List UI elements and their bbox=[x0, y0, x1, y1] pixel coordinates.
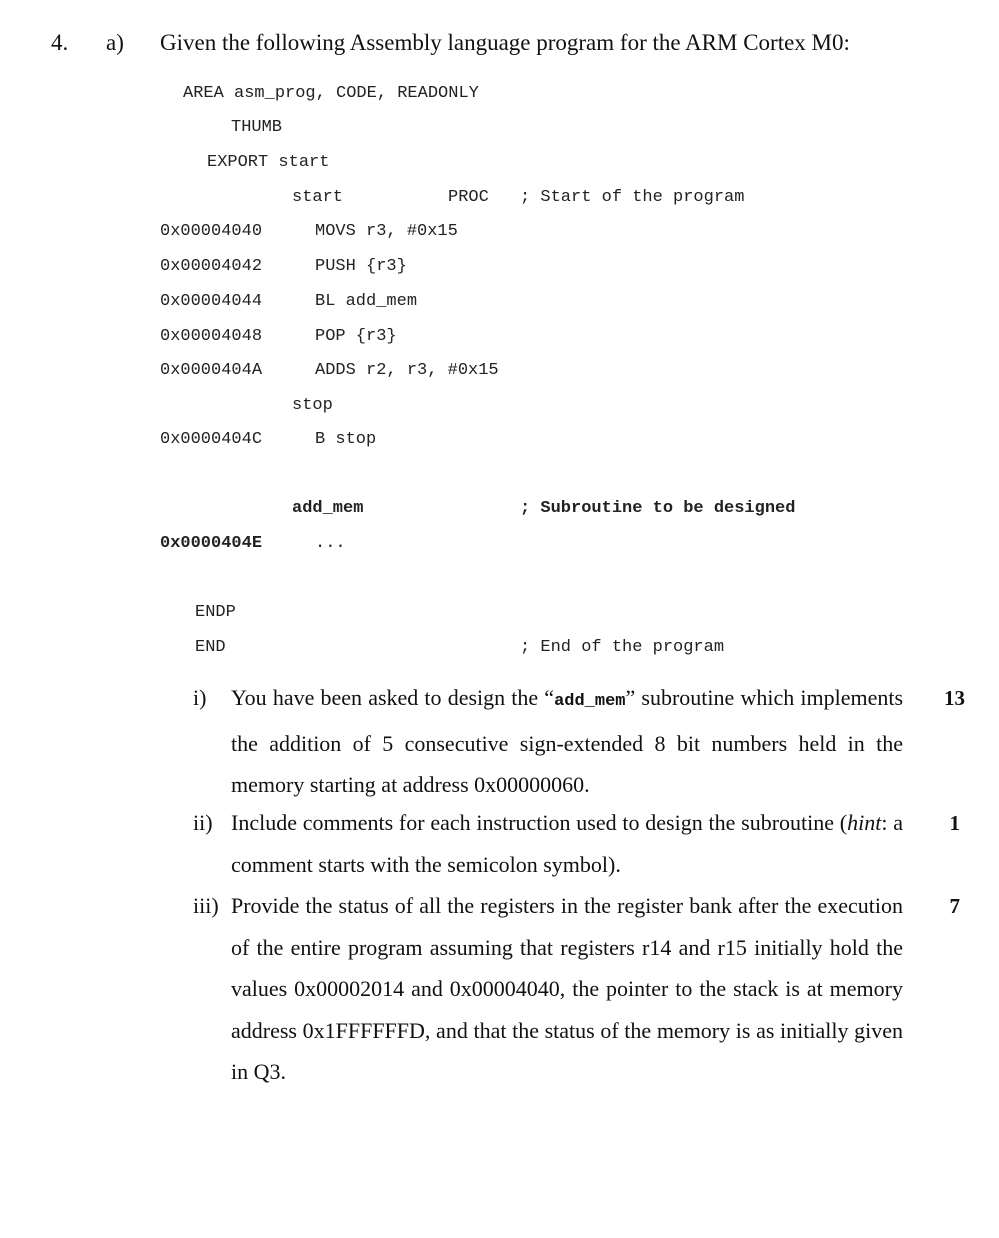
code-export-directive: EXPORT start bbox=[207, 153, 329, 172]
code-address: 0x0000404A bbox=[160, 361, 262, 380]
code-address: 0x00004040 bbox=[160, 222, 262, 241]
code-stop-label: stop bbox=[292, 396, 333, 415]
code-address: 0x0000404C bbox=[160, 430, 262, 449]
code-proc-directive: PROC bbox=[448, 188, 489, 207]
subquestion-text-part: Include comments for each instruction us… bbox=[231, 810, 847, 835]
code-instruction: ADDS r2, r3, #0x15 bbox=[315, 361, 499, 380]
code-end-directive: END bbox=[195, 638, 226, 657]
code-start-label: start bbox=[292, 188, 343, 207]
question-number: 4. bbox=[51, 30, 68, 56]
code-address: 0x00004042 bbox=[160, 257, 262, 276]
hint-label: hint bbox=[847, 810, 881, 835]
marks-value: 13 bbox=[925, 686, 965, 711]
code-subroutine-label: add_mem bbox=[292, 499, 363, 518]
code-thumb-directive: THUMB bbox=[231, 118, 282, 137]
marks-value: 7 bbox=[920, 894, 960, 919]
code-start-comment: ; Start of the program bbox=[520, 188, 744, 207]
code-end-comment: ; End of the program bbox=[520, 638, 724, 657]
question-part-label: a) bbox=[106, 30, 124, 56]
subquestion-label: i) bbox=[193, 677, 206, 719]
code-endp-directive: ENDP bbox=[195, 603, 236, 622]
code-address: 0x00004044 bbox=[160, 292, 262, 311]
code-area-directive: AREA asm_prog, CODE, READONLY bbox=[183, 84, 479, 103]
code-address: 0x0000404E bbox=[160, 534, 262, 553]
code-subroutine-comment: ; Subroutine to be designed bbox=[520, 499, 795, 518]
code-instruction: PUSH {r3} bbox=[315, 257, 407, 276]
subquestion-text: You have been asked to design the “add_m… bbox=[231, 677, 903, 806]
code-instruction: POP {r3} bbox=[315, 327, 397, 346]
subquestion-label: iii) bbox=[193, 885, 219, 927]
code-instruction: MOVS r3, #0x15 bbox=[315, 222, 458, 241]
question-title: Given the following Assembly language pr… bbox=[160, 30, 850, 56]
code-instruction: B stop bbox=[315, 430, 376, 449]
code-address: 0x00004048 bbox=[160, 327, 262, 346]
subquestion-text-part: You have been asked to design the “ bbox=[231, 685, 554, 710]
marks-value: 1 bbox=[920, 811, 960, 836]
code-instruction: BL add_mem bbox=[315, 292, 417, 311]
subquestion-label: ii) bbox=[193, 802, 213, 844]
code-instruction: ... bbox=[315, 534, 346, 553]
subquestion-text: Include comments for each instruction us… bbox=[231, 802, 903, 885]
subquestion-text: Provide the status of all the registers … bbox=[231, 885, 903, 1093]
subroutine-name-code: add_mem bbox=[554, 692, 625, 711]
